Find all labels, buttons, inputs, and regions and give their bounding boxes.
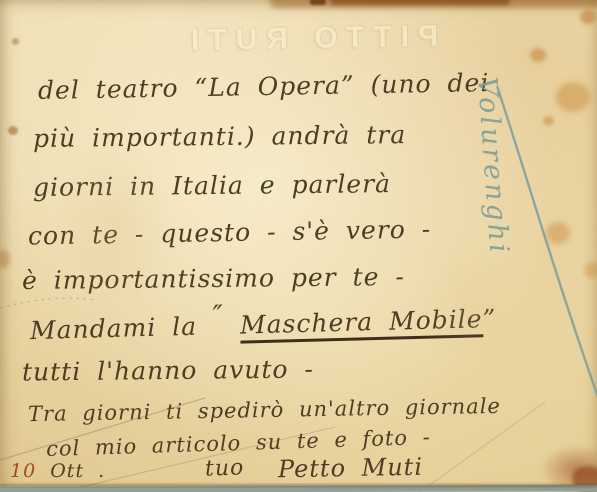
letter-date: 10 Ott . (10, 460, 105, 482)
stain (556, 82, 590, 112)
stain (12, 38, 19, 45)
stain (330, 0, 510, 5)
stain (0, 250, 10, 268)
stain (270, 0, 597, 8)
letter-line-8: Tra giorni ti spedirò un'altro giornale (28, 394, 501, 426)
letter-line-4: con te - questo - s'è vero - (28, 214, 432, 250)
letter-line-5: è importantissimo per te - (22, 262, 405, 295)
card-edge-shadow (0, 484, 597, 487)
line6-prefix: Mandami la (30, 312, 198, 345)
stain (8, 126, 18, 135)
letter-line-7: tutti l'hanno avuto - (22, 354, 314, 386)
stain (584, 262, 597, 278)
letter-page: PITTO RUTI del teatro “La Opera” (uno de… (0, 0, 597, 492)
pencil-annotation-vertical: Volurenghi (471, 76, 519, 328)
stain (546, 222, 570, 244)
bleedthrough-text: PITTO RUTI (160, 19, 461, 58)
letter-line-3: giorni in Italia e parlerà (33, 169, 391, 202)
stain (310, 0, 326, 5)
stain (530, 48, 546, 62)
letter-line-2: più importanti.) andrà tra (33, 120, 407, 153)
letter-line-1: del teatro “La Opera” (uno dei (38, 68, 490, 105)
crease-line (0, 298, 95, 308)
line6-open-quote: ″ (212, 300, 224, 331)
letter-line-6: Mandami la ″ Maschera Mobile” (30, 303, 497, 346)
stain (543, 116, 554, 126)
letter-closing: tuo (205, 455, 245, 481)
date-month: Ott . (50, 460, 105, 482)
letter-signature: Petto Muti (278, 453, 423, 484)
stain (580, 10, 596, 24)
maschera-mobile-title: Maschera Mobile (240, 304, 483, 343)
date-day: 10 (10, 460, 36, 482)
